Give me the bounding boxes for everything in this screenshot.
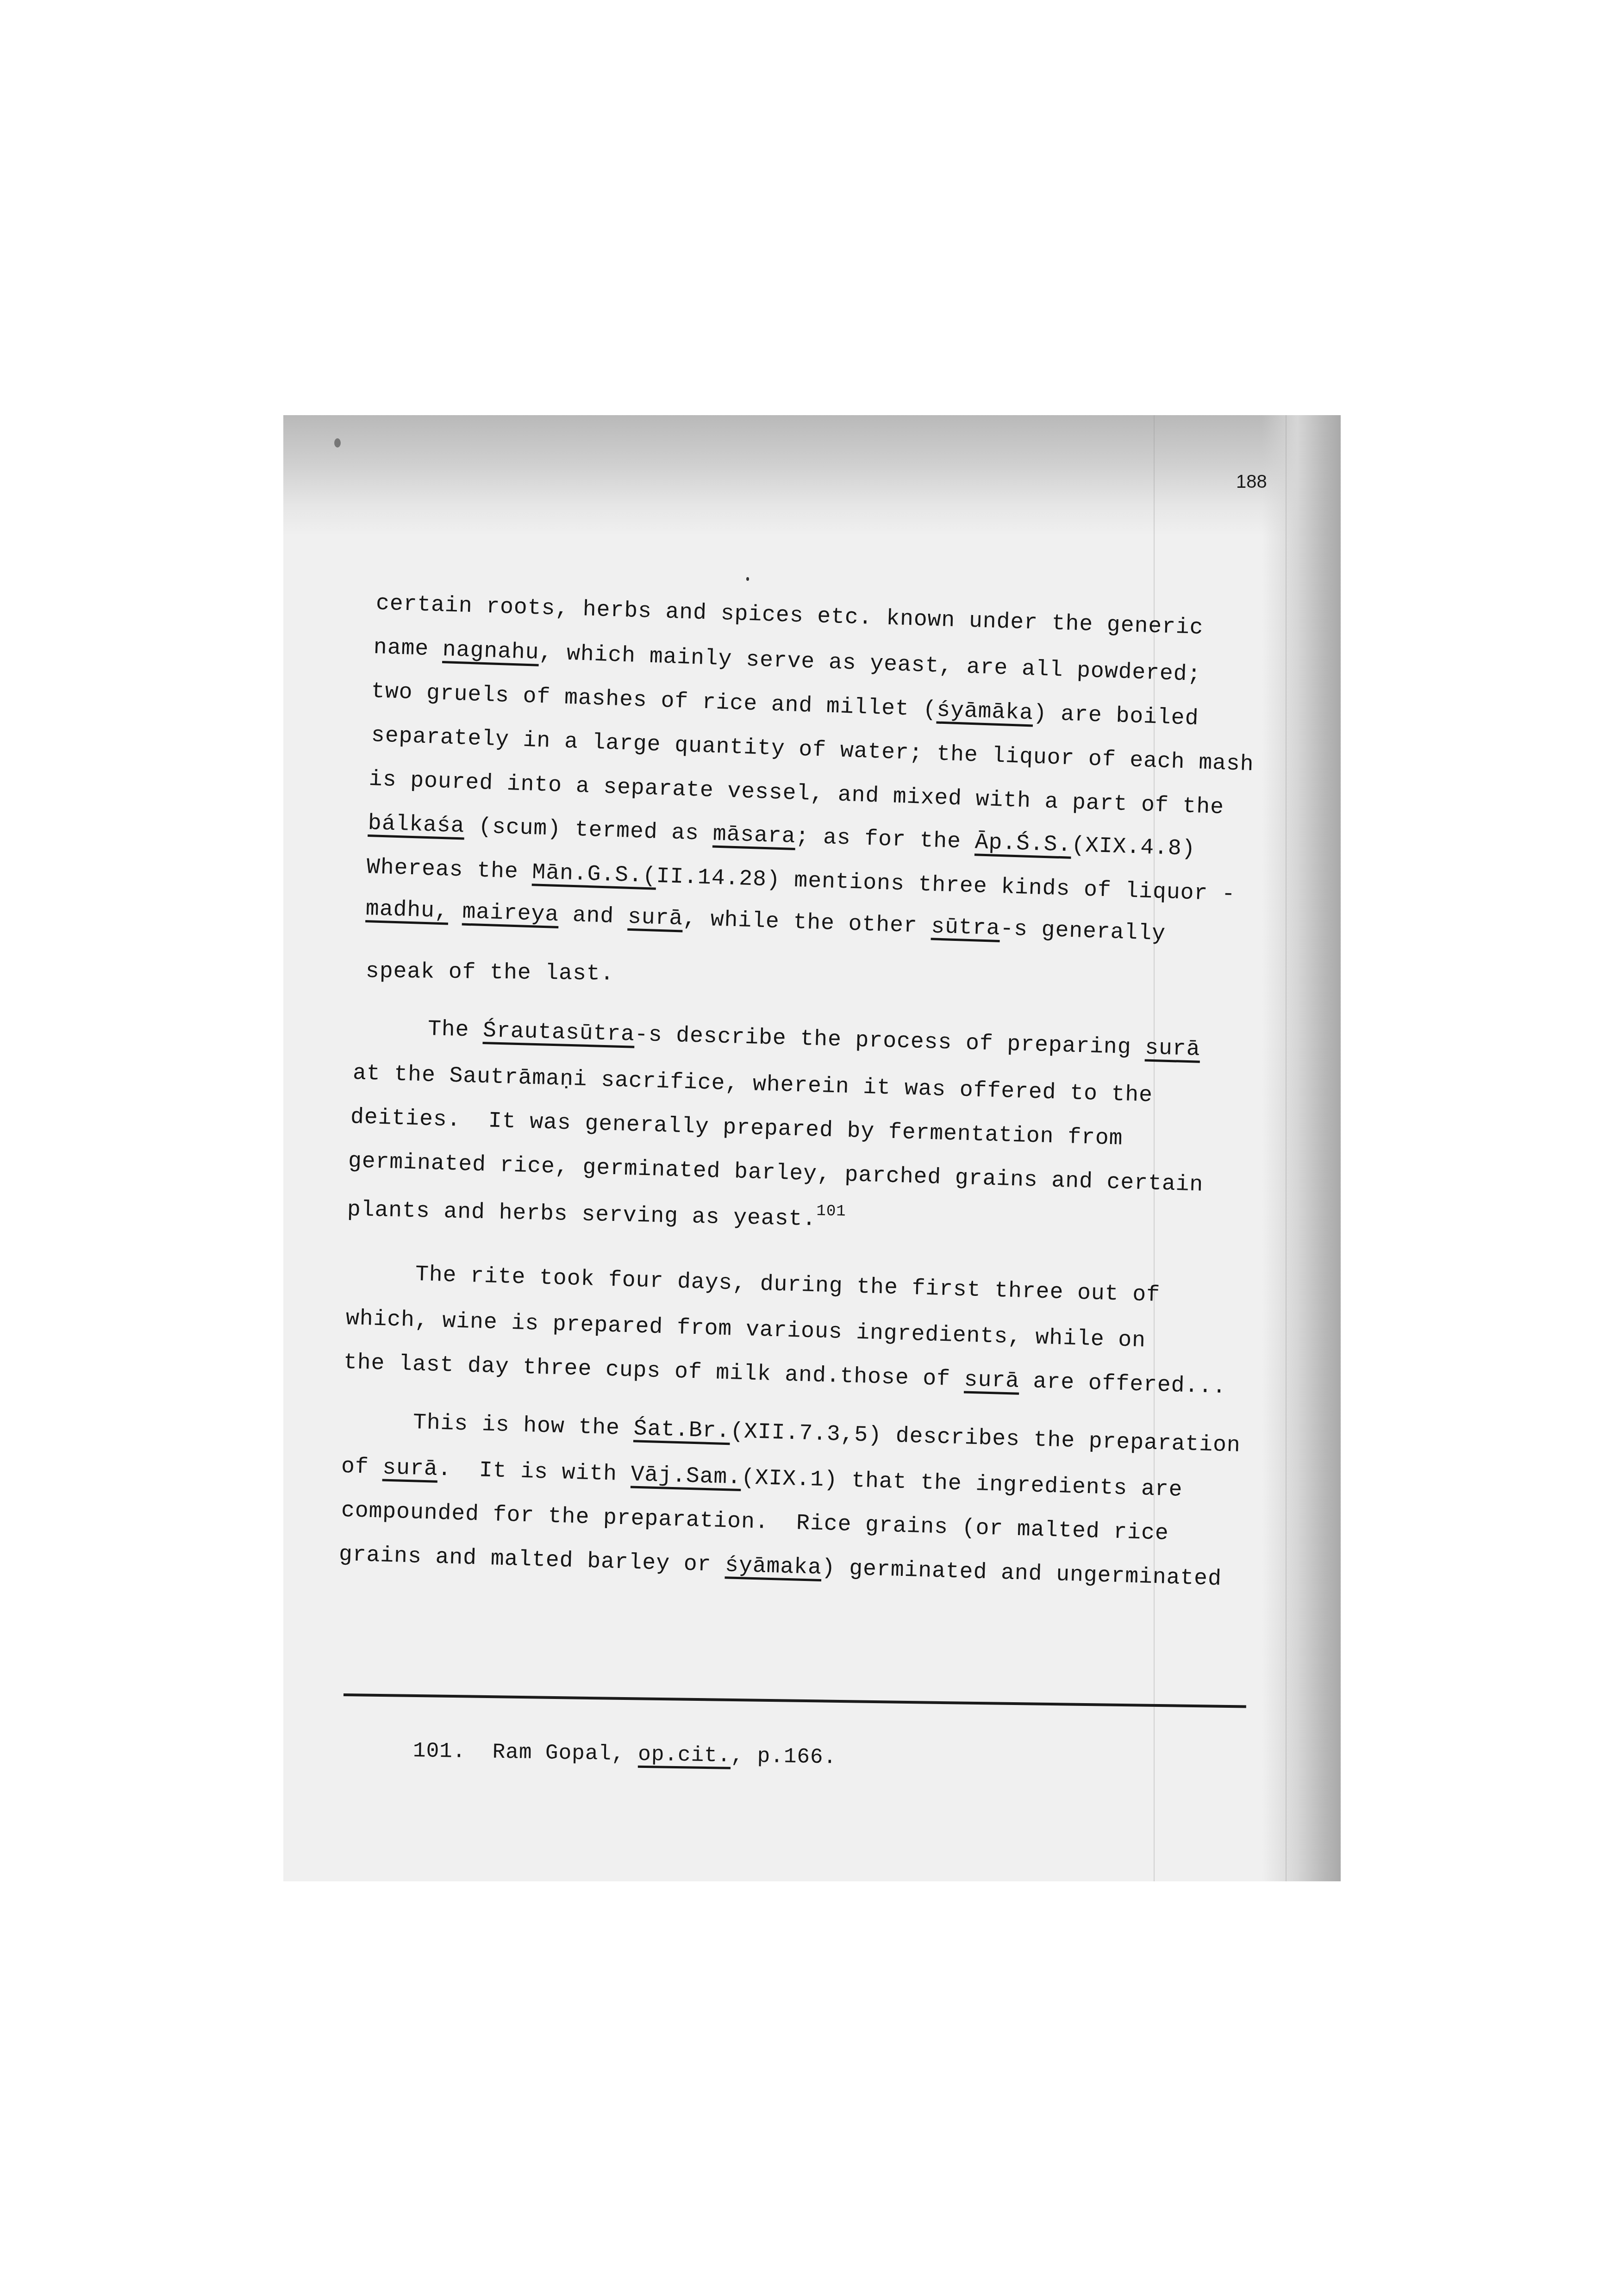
text-run: (XIX.1) that the ingredients are <box>741 1465 1183 1503</box>
footnote-separator <box>344 1693 1246 1708</box>
text-run: This is how the <box>412 1410 634 1441</box>
page-number: 188 <box>1236 472 1267 492</box>
text-run: speak of the last. <box>366 959 614 987</box>
scan-artifact-line <box>1286 415 1287 1881</box>
underlined-term: surā <box>382 1456 438 1482</box>
underlined-term: śyāmāka <box>936 698 1033 726</box>
underlined-term: śyāmaka <box>725 1553 822 1580</box>
text-line: name nagnahu, which mainly serve as yeas… <box>373 635 1201 687</box>
underlined-term: Āp.Ś.S. <box>974 830 1072 858</box>
text-run: ) germinated and ungerminated <box>821 1556 1222 1592</box>
text-line: madhu, maireya and surā, while the other… <box>365 896 1166 946</box>
text-line: of surā. It is with Vāj.Sam.(XIX.1) that… <box>341 1454 1183 1503</box>
text-line: the last day three cups of milk and.thos… <box>343 1350 1226 1400</box>
underlined-term: māsara <box>712 821 796 849</box>
text-run: grains and malted barley or <box>338 1542 725 1578</box>
text-run: II.14.28) mentions three kinds of liquor… <box>656 864 1236 907</box>
text-run: compounded for the preparation. Rice gra… <box>341 1498 1169 1546</box>
text-run: -s generally <box>1000 916 1166 946</box>
footnote-ref: 101 <box>816 1202 846 1220</box>
underlined-term: op.cit. <box>638 1742 731 1768</box>
text-run: plants and herbs serving as yeast. <box>347 1197 816 1232</box>
underlined-term: nagnahu <box>442 637 539 666</box>
text-line: germinated rice, germinated barley, parc… <box>348 1149 1204 1198</box>
text-run: certain roots, herbs and spices etc. kno… <box>375 591 1204 641</box>
text-run: at the Sautrāmaṇi sacrifice, wherein it … <box>352 1061 1153 1108</box>
underlined-term: madhu, <box>365 896 449 924</box>
scanned-page: 188 certain roots, herbs and spices etc.… <box>283 415 1341 1881</box>
text-run: The rite took four days, during the firs… <box>415 1262 1160 1308</box>
underlined-term: surā <box>1145 1036 1201 1062</box>
text-run: two gruels of mashes of rice and millet … <box>371 679 937 722</box>
text-run: separately in a large quantity of water;… <box>371 723 1254 777</box>
text-run: , which mainly serve as yeast, are all p… <box>539 641 1202 687</box>
text-line: plants and herbs serving as yeast.101 <box>347 1193 846 1233</box>
text-line: two gruels of mashes of rice and millet … <box>371 679 1199 731</box>
text-run <box>448 899 462 925</box>
text-line: certain roots, herbs and spices etc. kno… <box>375 591 1204 641</box>
text-line: speak of the last. <box>366 959 614 987</box>
footnote-number: 101. <box>413 1739 493 1764</box>
text-line: bálkaśa (scum) termed as māsara; as for … <box>368 811 1196 862</box>
text-run: ) are boiled <box>1033 701 1199 731</box>
text-line: which, wine is prepared from various ing… <box>345 1306 1146 1353</box>
text-run: which, wine is prepared from various ing… <box>345 1306 1146 1353</box>
text-run: name <box>373 635 443 662</box>
text-run: (XIX.4.8) <box>1071 833 1196 862</box>
underlined-term: bálkaśa <box>368 811 465 839</box>
text-line: This is how the Śat.Br.(XII.7.3,5) descr… <box>412 1410 1241 1458</box>
scan-speck <box>746 577 749 581</box>
text-run: Ram Gopal, <box>492 1740 638 1767</box>
text-run: ; as for the <box>795 824 975 855</box>
text-run: and <box>558 902 628 930</box>
underlined-term: Vāj.Sam. <box>631 1462 742 1490</box>
text-line: separately in a large quantity of water;… <box>371 723 1254 777</box>
text-run: Whereas the <box>366 855 532 885</box>
text-line: grains and malted barley or śyāmaka) ger… <box>338 1542 1222 1592</box>
text-run: The <box>427 1017 483 1043</box>
text-run: is poured into a separate vessel, and mi… <box>369 767 1224 820</box>
text-line: Whereas the Mān.G.S.(II.14.28) mentions … <box>366 855 1236 907</box>
text-run: , p.166. <box>731 1744 837 1770</box>
underlined-term: Śrautasūtra <box>482 1018 635 1047</box>
text-line: is poured into a separate vessel, and mi… <box>369 767 1224 820</box>
footnote: 101. Ram Gopal, op.cit., p.166. <box>413 1739 837 1769</box>
text-run: -s describe the process of preparing <box>634 1022 1145 1061</box>
underlined-term: sūtra <box>931 914 1001 941</box>
text-run: (scum) termed as <box>464 814 713 847</box>
text-run: the last day three cups of milk and.thos… <box>343 1350 964 1392</box>
text-run: , while the other <box>682 907 931 940</box>
underlined-term: maireya <box>462 900 559 928</box>
underlined-term: Śat.Br. <box>633 1416 731 1444</box>
underlined-term: surā <box>627 905 683 932</box>
text-run: of <box>341 1454 383 1480</box>
text-line: The Śrautasūtra-s describe the process o… <box>427 1017 1200 1062</box>
text-line: compounded for the preparation. Rice gra… <box>341 1498 1169 1546</box>
text-line: deities. It was generally prepared by fe… <box>350 1105 1123 1151</box>
text-line: at the Sautrāmaṇi sacrifice, wherein it … <box>352 1061 1153 1108</box>
text-run: (XII.7.3,5) describes the preparation <box>730 1419 1241 1458</box>
underlined-term: surā <box>964 1367 1020 1394</box>
underlined-term: Mān.G.S.( <box>532 860 657 889</box>
text-run: are offered... <box>1019 1369 1226 1400</box>
text-line: The rite took four days, during the firs… <box>415 1262 1160 1308</box>
text-run: . It is with <box>437 1457 631 1487</box>
text-run: deities. It was generally prepared by fe… <box>350 1105 1123 1151</box>
text-run: germinated rice, germinated barley, parc… <box>348 1149 1204 1198</box>
scan-speck <box>334 438 341 448</box>
